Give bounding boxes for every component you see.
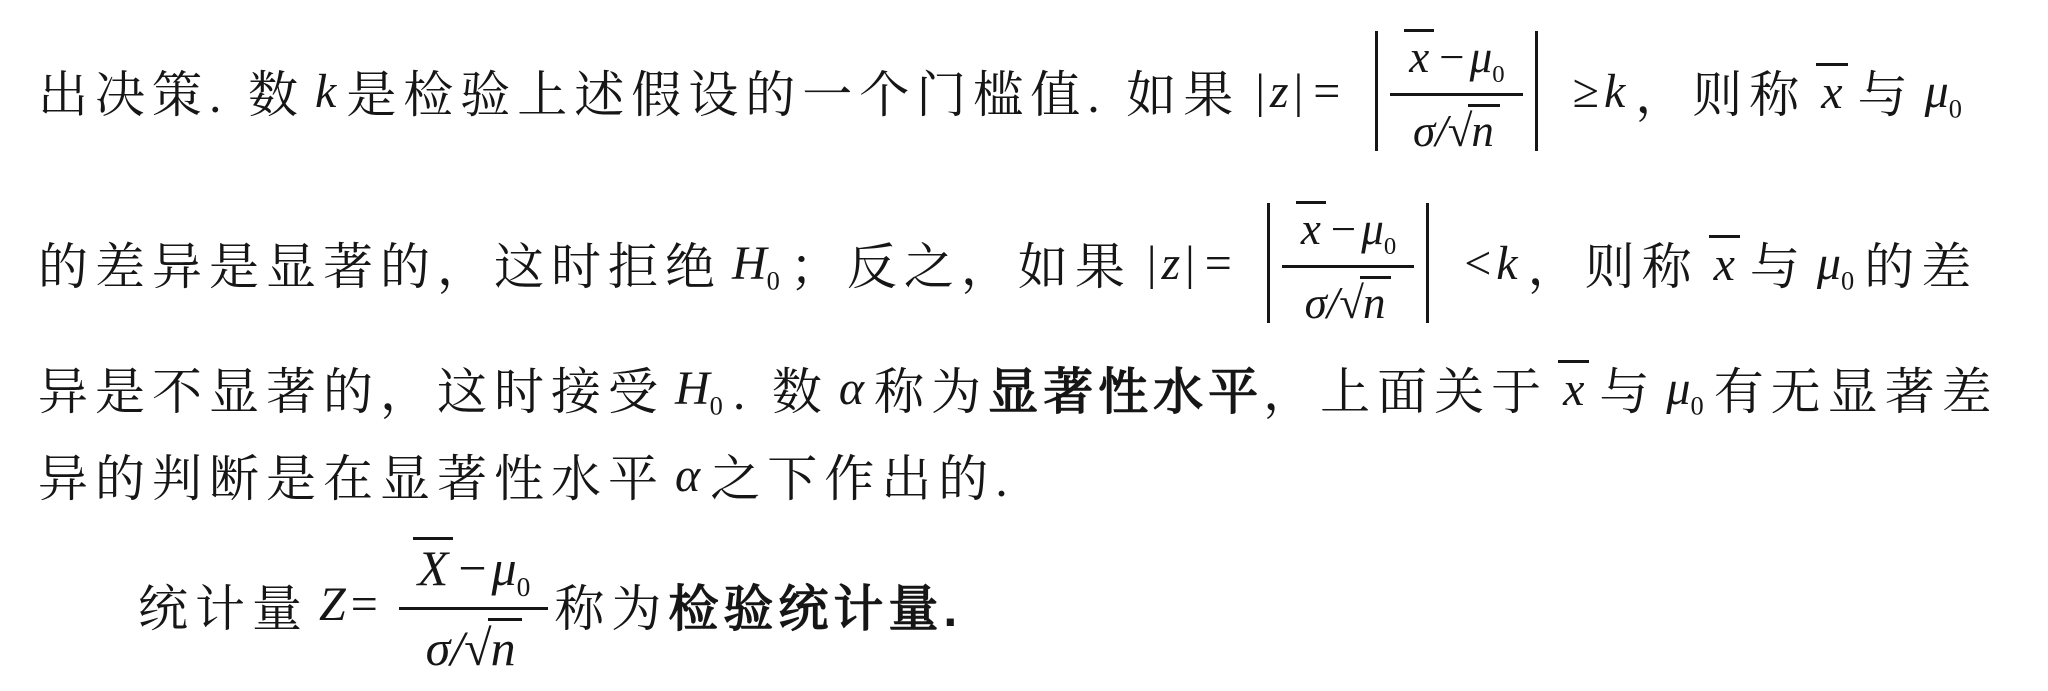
fraction: x−μ0 σ/√n [1282, 197, 1414, 329]
alpha-variable: α [839, 362, 864, 415]
subscript-zero: 0 [517, 571, 531, 602]
text-line-1: 出决策. 数 k 是检验上述假设的一个门槛值. 如果 |z|= x−μ0 σ/√… [38, 0, 2020, 182]
z-variable: z [1161, 237, 1180, 290]
abs-fraction-xbar: x−μ0 σ/√n [1255, 197, 1441, 329]
n-variable: n [1468, 104, 1500, 154]
math-mu-zero: μ0 [1817, 236, 1854, 291]
abs-bar-left [1267, 203, 1270, 323]
subscript-zero: 0 [1949, 93, 1962, 123]
text-segment: 与 [1599, 352, 1656, 424]
text-line-4: 异的判断是在显著性水平 α 之下作出的. [38, 432, 2020, 518]
fraction-denominator: σ/√n [1305, 268, 1392, 329]
k-variable: k [315, 65, 336, 118]
text-segment: 出决策. 数 [38, 55, 305, 127]
text-segment: 称为 [874, 352, 988, 424]
subscript-zero: 0 [1384, 233, 1396, 260]
math-x-bar: x [1558, 360, 1589, 417]
x-bar-variable: x [1296, 201, 1326, 252]
mu-variable: μ [1470, 32, 1493, 82]
equals-sign: = [1200, 237, 1237, 290]
text-segment: ，上面关于 [1263, 352, 1548, 424]
abs-bar: | [1250, 65, 1270, 118]
text-segment: 称为 [554, 569, 668, 641]
abs-fraction-xbar: x−μ0 σ/√n [1363, 25, 1549, 157]
math-mu-zero: μ0 [1925, 64, 1962, 119]
text-line-5: 统计量 Z= X−μ0 σ/√n 称为 检验统计量. [38, 518, 2020, 691]
fraction: x−μ0 σ/√n [1390, 25, 1522, 157]
sigma-slash: σ/ [426, 620, 465, 676]
abs-bar: | [1289, 65, 1309, 118]
subscript-zero: 0 [1690, 390, 1703, 420]
text-segment: 的差 [1864, 227, 1978, 299]
text-segment: ，则称 [1635, 55, 1806, 127]
H-variable: H [732, 237, 767, 290]
text-segment: 有无显著差 [1714, 352, 1999, 424]
math-Z-equals: Z= [319, 577, 383, 632]
geq-sign: ≥ [1568, 65, 1604, 118]
mu-variable: μ [1666, 362, 1690, 415]
Z-variable: Z [319, 578, 346, 631]
x-bar-variable: x [1709, 235, 1740, 289]
fraction-numerator: X−μ0 [399, 533, 549, 610]
text-segment: . 数 [733, 352, 829, 424]
x-bar-variable: x [1816, 63, 1847, 117]
mu-variable: μ [1925, 65, 1949, 118]
text-segment: 与 [1750, 227, 1807, 299]
text-segment: 是检验上述假设的一个门槛值. 如果 [346, 55, 1240, 127]
minus-sign: − [1434, 32, 1469, 82]
math-abs-z-equals: |z|= [1142, 236, 1237, 291]
bold-term-significance-level: 显著性水平 [988, 352, 1263, 424]
abs-bar: | [1180, 237, 1200, 290]
subscript-zero: 0 [767, 265, 780, 295]
minus-sign: − [453, 540, 491, 596]
math-mu-zero: μ0 [1666, 361, 1703, 416]
text-segment: 异的判断是在显著性水平 [38, 439, 665, 511]
H-variable: H [675, 362, 710, 415]
less-than-sign: < [1459, 237, 1496, 290]
abs-bar-right [1426, 203, 1429, 323]
text-segment: 统计量 [138, 569, 309, 641]
text-segment: 异是不显著的，这时接受 [38, 352, 665, 424]
x-bar-variable: x [1558, 360, 1589, 414]
minus-sign: − [1326, 204, 1361, 254]
mu-variable: μ [1817, 237, 1841, 290]
math-geq-k: ≥k [1568, 64, 1626, 119]
fraction-numerator: x−μ0 [1390, 25, 1522, 96]
n-variable: n [1360, 276, 1392, 326]
text-segment: ，则称 [1528, 227, 1699, 299]
equals-sign: = [1308, 65, 1345, 118]
x-bar-variable: x [1404, 29, 1434, 80]
sigma-slash: σ/ [1305, 278, 1340, 328]
text-line-3: 异是不显著的，这时接受 H0 . 数 α 称为 显著性水平 ，上面关于 x 与 … [38, 344, 2020, 432]
mu-variable: μ [492, 540, 517, 596]
text-segment: 之下作出的. [710, 439, 1015, 511]
fraction-denominator: σ/√n [426, 610, 522, 677]
n-variable: n [488, 618, 522, 673]
fraction-Xbar: X−μ0 σ/√n [399, 533, 549, 677]
k-variable: k [1496, 237, 1517, 290]
sigma-slash: σ/ [1413, 106, 1448, 156]
X-bar-variable: X [413, 537, 454, 593]
math-x-bar: x [1709, 235, 1740, 292]
alpha-variable: α [675, 449, 700, 502]
abs-bar: | [1142, 237, 1162, 290]
subscript-zero: 0 [1841, 265, 1854, 295]
text-segment: 的差异是显著的，这时拒绝 [38, 227, 722, 299]
fraction-denominator: σ/√n [1413, 96, 1500, 157]
math-H-zero: H0 [732, 236, 780, 291]
mu-variable: μ [1361, 204, 1384, 254]
math-x-bar: x [1816, 63, 1847, 120]
fraction-numerator: x−μ0 [1282, 197, 1414, 268]
math-lt-k: <k [1459, 236, 1517, 291]
text-segment: ；反之，如果 [790, 227, 1132, 299]
equals-sign: = [346, 578, 383, 631]
z-variable: z [1270, 65, 1289, 118]
math-alpha: α [675, 448, 700, 503]
math-abs-z-equals: |z|= [1250, 64, 1345, 119]
subscript-zero: 0 [1492, 61, 1504, 88]
math-var-k: k [315, 64, 336, 119]
math-H-zero: H0 [675, 361, 723, 416]
abs-bar-right [1535, 31, 1538, 151]
subscript-zero: 0 [710, 390, 723, 420]
math-alpha: α [839, 361, 864, 416]
k-variable: k [1604, 65, 1625, 118]
text-segment: 与 [1858, 55, 1915, 127]
text-line-2: 的差异是显著的，这时拒绝 H0 ；反之，如果 |z|= x−μ0 σ/√n <k… [38, 182, 2020, 344]
document-page: 出决策. 数 k 是检验上述假设的一个门槛值. 如果 |z|= x−μ0 σ/√… [0, 0, 2048, 691]
abs-bar-left [1375, 31, 1378, 151]
bold-term-test-statistic: 检验统计量. [668, 569, 962, 641]
